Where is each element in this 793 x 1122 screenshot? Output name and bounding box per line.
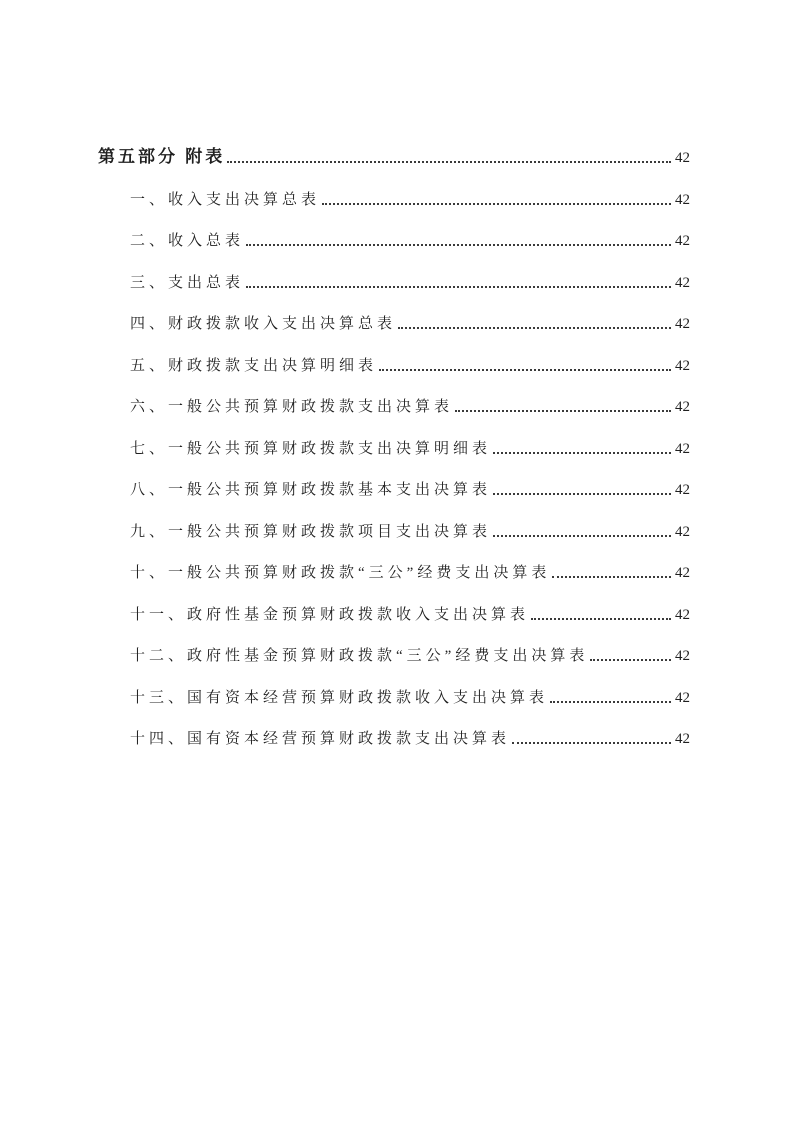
toc-item-label: 八、一般公共预算财政拨款基本支出决算表 [130,481,491,499]
toc-item-row: 三、支出总表 42 [130,274,690,292]
toc-heading-label: 第五部分 附表 [98,148,225,166]
toc-item-row: 十三、国有资本经营预算财政拨款收入支出决算表 42 [130,689,690,707]
toc-item-row: 四、财政拨款收入支出决算总表 42 [130,315,690,333]
toc-heading-row: 第五部分 附表 42 [98,148,690,167]
dot-leader [227,161,671,163]
dot-leader [493,535,671,537]
document-page: 第五部分 附表 42 一、收入支出决算总表 42 二、收入总表 42 三、支出总… [0,0,793,1122]
toc-item-label: 十一、政府性基金预算财政拨款收入支出决算表 [130,606,529,624]
toc-item-page: 42 [675,730,690,748]
toc-item-label: 六、一般公共预算财政拨款支出决算表 [130,398,453,416]
toc-item-page: 42 [675,689,690,707]
toc-item-label: 十二、政府性基金预算财政拨款“三公”经费支出决算表 [130,647,588,665]
toc-item-label: 十三、国有资本经营预算财政拨款收入支出决算表 [130,689,548,707]
toc-item-row: 二、收入总表 42 [130,232,690,250]
toc-item-row: 十二、政府性基金预算财政拨款“三公”经费支出决算表 42 [130,647,690,665]
dot-leader [398,327,671,329]
toc-item-row: 五、财政拨款支出决算明细表 42 [130,357,690,375]
dot-leader [493,452,671,454]
toc-item-row: 六、一般公共预算财政拨款支出决算表 42 [130,398,690,416]
toc-item-label: 一、收入支出决算总表 [130,191,320,209]
dot-leader [246,244,671,246]
table-of-contents: 第五部分 附表 42 一、收入支出决算总表 42 二、收入总表 42 三、支出总… [98,148,690,748]
toc-heading-page: 42 [675,149,690,167]
dot-leader [531,618,671,620]
dot-leader [550,701,671,703]
toc-item-page: 42 [675,647,690,665]
toc-item-row: 十四、国有资本经营预算财政拨款支出决算表 42 [130,730,690,748]
toc-item-row: 七、一般公共预算财政拨款支出决算明细表 42 [130,440,690,458]
dot-leader [493,493,671,495]
toc-item-page: 42 [675,274,690,292]
toc-item-page: 42 [675,564,690,582]
toc-item-label: 四、财政拨款收入支出决算总表 [130,315,396,333]
toc-item-row: 八、一般公共预算财政拨款基本支出决算表 42 [130,481,690,499]
toc-item-page: 42 [675,606,690,624]
toc-item-label: 五、财政拨款支出决算明细表 [130,357,377,375]
toc-item-row: 一、收入支出决算总表 42 [130,191,690,209]
dot-leader [379,369,671,371]
dot-leader [322,203,671,205]
toc-item-label: 七、一般公共预算财政拨款支出决算明细表 [130,440,491,458]
toc-items: 一、收入支出决算总表 42 二、收入总表 42 三、支出总表 42 四、财政拨款… [98,191,690,749]
toc-item-page: 42 [675,357,690,375]
dot-leader [552,576,671,578]
toc-item-page: 42 [675,191,690,209]
toc-item-label: 九、一般公共预算财政拨款项目支出决算表 [130,523,491,541]
dot-leader [455,410,671,412]
toc-item-page: 42 [675,440,690,458]
toc-item-page: 42 [675,315,690,333]
toc-item-row: 十一、政府性基金预算财政拨款收入支出决算表 42 [130,606,690,624]
toc-item-row: 九、一般公共预算财政拨款项目支出决算表 42 [130,523,690,541]
toc-item-label: 十、一般公共预算财政拨款“三公”经费支出决算表 [130,564,550,582]
toc-item-page: 42 [675,398,690,416]
toc-item-page: 42 [675,232,690,250]
dot-leader [246,286,671,288]
toc-item-row: 十、一般公共预算财政拨款“三公”经费支出决算表 42 [130,564,690,582]
toc-item-label: 十四、国有资本经营预算财政拨款支出决算表 [130,730,510,748]
dot-leader [590,659,671,661]
toc-item-label: 三、支出总表 [130,274,244,292]
toc-item-label: 二、收入总表 [130,232,244,250]
toc-item-page: 42 [675,523,690,541]
toc-item-page: 42 [675,481,690,499]
dot-leader [512,742,671,744]
